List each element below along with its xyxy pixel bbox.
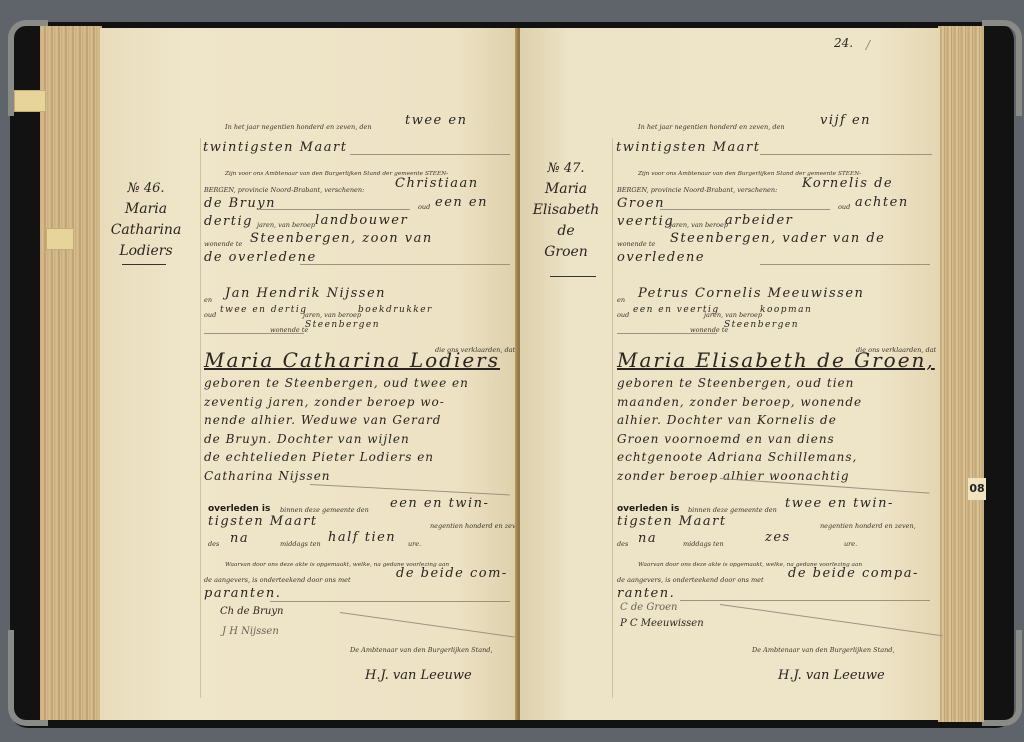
rule <box>680 600 930 601</box>
rule <box>760 154 932 155</box>
corner-protector-top-right <box>982 20 1022 116</box>
rule <box>760 264 930 265</box>
official-label: De Ambtenaar van den Burgerlijken Stand, <box>752 646 895 654</box>
rule <box>270 601 510 602</box>
witness-signature: P C Meeuwissen <box>620 618 704 629</box>
page-mark: / <box>866 38 870 52</box>
ribbon-tab <box>46 228 74 250</box>
rule <box>310 484 510 495</box>
margin-rule <box>612 138 613 698</box>
record-margin-note: № 46. Maria Catharina Lodiers <box>106 178 186 262</box>
page-index-tab: 08 <box>968 478 986 500</box>
rule <box>617 333 717 334</box>
page-number: 24. <box>834 36 853 50</box>
divider <box>550 276 596 277</box>
witness-signature: C de Groen <box>620 602 677 613</box>
deceased-name: Maria Elisabeth de Groen, <box>617 348 935 372</box>
rule <box>350 154 510 155</box>
rule <box>204 333 304 334</box>
official-label: De Ambtenaar van den Burgerlijken Stand, <box>350 646 493 654</box>
page-stack-left <box>40 26 102 720</box>
record-number: № 47. <box>526 158 606 179</box>
official-signature: H.J. van Leeuwe <box>778 668 885 683</box>
rule <box>300 264 510 265</box>
official-signature: H.J. van Leeuwe <box>365 668 472 683</box>
divider <box>122 264 166 265</box>
record-body: geboren te Steenbergen, oud tien maanden… <box>617 374 862 485</box>
record-margin-note: № 47. Maria Elisabeth de Groen <box>526 158 606 263</box>
record-number: № 46. <box>106 178 186 199</box>
corner-protector-bottom-right <box>982 630 1022 726</box>
rule <box>340 612 523 639</box>
rule <box>260 209 410 210</box>
page-stack-right <box>938 26 984 722</box>
ribbon-tab <box>14 90 46 112</box>
right-page: 24. / № 47. Maria Elisabeth de Groen In … <box>520 28 940 720</box>
rule <box>720 604 943 636</box>
margin-rule <box>200 138 201 698</box>
witness-signature: J H Nijssen <box>222 626 279 637</box>
rule <box>660 209 830 210</box>
left-page: № 46. Maria Catharina Lodiers In het jaa… <box>100 28 518 720</box>
witness-signature: Ch de Bruyn <box>220 606 283 617</box>
record-body: geboren te Steenbergen, oud twee en zeve… <box>204 374 469 485</box>
deceased-name: Maria Catharina Lodiers <box>204 348 500 372</box>
